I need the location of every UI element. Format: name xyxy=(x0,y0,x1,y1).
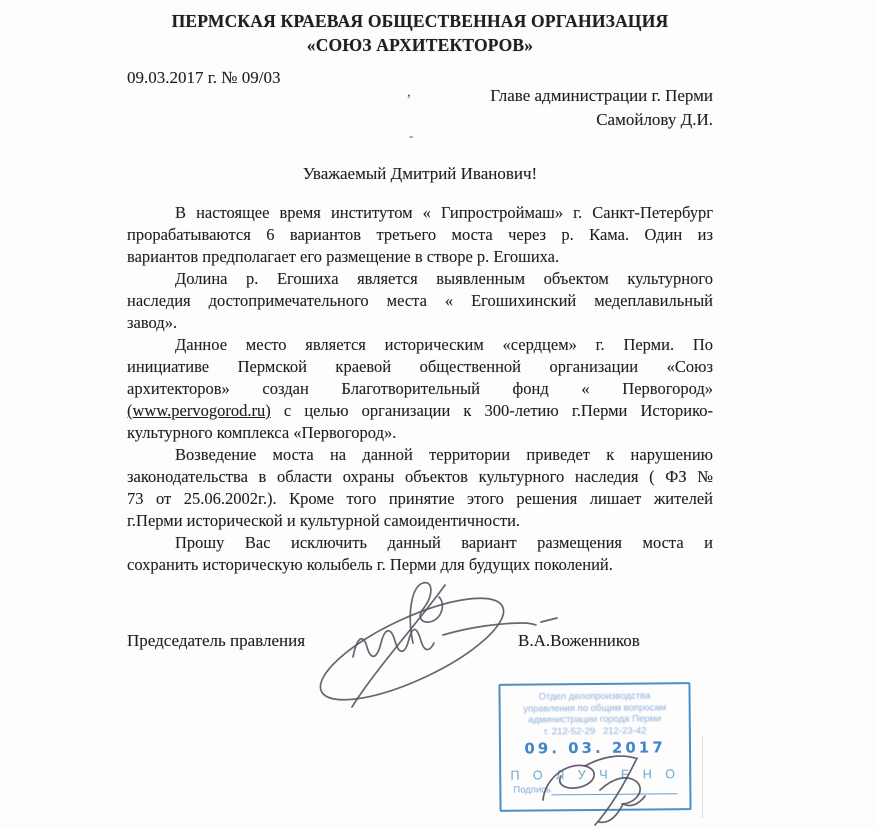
body-line: законодательства в области охраны объект… xyxy=(127,466,713,488)
recipient-line1: Главе администрации г. Перми xyxy=(490,84,713,108)
body-line: (www.pervogorod.ru) с целью организации … xyxy=(127,400,713,422)
body-line: инициативе Пермской краевой общественной… xyxy=(127,356,713,378)
body-line: завод». xyxy=(127,312,713,334)
body-line: наследия достопримечательного места « Ег… xyxy=(127,290,713,312)
letter-body: В настоящее время институтом « Гипростро… xyxy=(127,202,713,576)
body-line: 73 от 25.06.2002г.). Кроме того принятие… xyxy=(127,488,713,510)
body-line: культурного комплекса «Первогород». xyxy=(127,422,713,444)
pervogorod-url-text: (www.pervogorod.ru) xyxy=(127,401,271,420)
body-line: сохранить историческую колыбель г. Перми… xyxy=(127,554,713,576)
recipient-block: Главе администрации г. Перми Самойлову Д… xyxy=(490,84,713,132)
scan-edge-line xyxy=(702,736,703,818)
body-line: вариантов предполагает его размещение в … xyxy=(127,246,713,268)
stamp-handwritten-signature xyxy=(525,748,670,829)
ref-number-date: 09.03.2017 г. № 09/03 xyxy=(127,68,281,88)
body-line: прорабатываются 6 вариантов третьего мос… xyxy=(127,224,713,246)
body-line: Данное место является историческим «серд… xyxy=(127,334,713,356)
body-line: г.Перми исторической и культурной самоид… xyxy=(127,510,713,532)
org-name-line1: ПЕРМСКАЯ КРАЕВАЯ ОБЩЕСТВЕННАЯ ОРГАНИЗАЦИ… xyxy=(127,11,713,32)
body-line: Прошу Вас исключить данный вариант разме… xyxy=(127,532,713,554)
body-line: Долина р. Егошиха является выявленным об… xyxy=(127,268,713,290)
scan-artifact-comma: , xyxy=(407,84,411,101)
stamp-department-lines: Отдел делопроизводствауправления по общи… xyxy=(501,690,689,738)
body-line: В настоящее время институтом « Гипростро… xyxy=(127,202,713,224)
stamp-dept-line: т. 212-52-29 212-23-42 xyxy=(501,725,689,738)
recipient-line2: Самойлову Д.И. xyxy=(490,108,713,132)
org-name-line2: «СОЮЗ АРХИТЕКТОРОВ» xyxy=(127,35,713,56)
scan-artifact-dash: - xyxy=(409,128,413,144)
stamp-dept-line: администрации города Перми xyxy=(501,713,689,726)
body-line: Возведение моста на данной территории пр… xyxy=(127,444,713,466)
salutation: Уважаемый Дмитрий Иванович! xyxy=(127,164,713,184)
signatory-position: Председатель правления xyxy=(127,631,305,651)
body-line: архитекторов» создан Благотворительный ф… xyxy=(127,378,713,400)
scanned-letter-page: ПЕРМСКАЯ КРАЕВАЯ ОБЩЕСТВЕННАЯ ОРГАНИЗАЦИ… xyxy=(0,0,876,829)
